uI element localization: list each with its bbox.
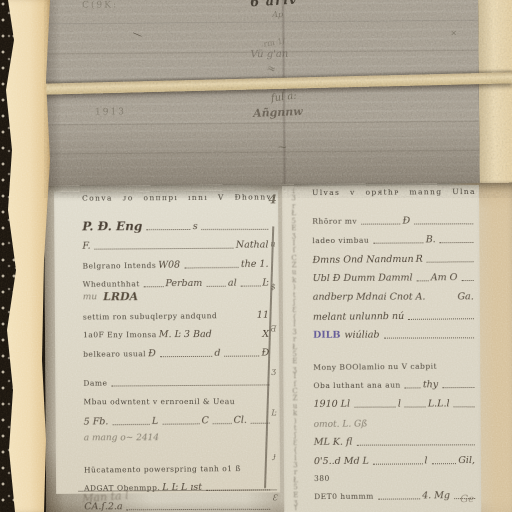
dotted-rule xyxy=(202,229,269,230)
dotted-rule xyxy=(417,280,429,281)
field-text: andberp Mdnai Cnot A. xyxy=(313,291,426,302)
form-line: 1910 LllL.L.l xyxy=(313,392,476,411)
gutter-bleedthrough: l3rŁ5EʒIſCZuk)tʃƐ{l3rŁ5EʒIſCZuk)tʃƐ{l3rŁ… xyxy=(286,188,303,510)
field-text: 4. Mg xyxy=(422,490,450,501)
gutter-mark: $ xyxy=(271,282,276,291)
pencil-squiggle-2: ~ xyxy=(277,140,287,154)
field-text: DILB xyxy=(313,330,340,341)
date-faint: 1913 xyxy=(95,107,126,117)
field-text: Gil, xyxy=(458,455,475,466)
field-text: Dame xyxy=(83,379,107,388)
form-line: ladeo vimbauB. xyxy=(312,228,475,248)
field-text: s xyxy=(193,221,198,232)
dotted-rule xyxy=(241,285,261,286)
form-line: melant unlunnb nú xyxy=(313,304,476,325)
dotted-rule xyxy=(111,384,269,386)
form-line: DET0 hummm4. Mg xyxy=(314,484,477,504)
verso-top-section: C(9K: 6 arĭv Ap rm 1/ Vü g'an ≈ 1913 ful… xyxy=(44,0,512,196)
right-page-lines: Rhöror mvÐladeo vimbauB.Ðmns Ond Nandmun… xyxy=(312,209,477,504)
dotted-rule xyxy=(378,498,420,499)
gutter-mark: ɟ xyxy=(273,451,276,460)
field-text: melant unlunnb nú xyxy=(313,311,404,323)
dotted-rule xyxy=(112,424,149,425)
field-text: 0'5..d Md L xyxy=(314,456,369,467)
field-text: Mbau odwntent v ernroenil & Ueau xyxy=(83,397,235,406)
left-page-lines: P. Ð. EngsF.NathalBelgrano IntendsW08the… xyxy=(82,214,272,512)
gutter-marks: 4ıı$ƋʒĿɟƐ xyxy=(265,192,282,502)
dotted-rule xyxy=(356,444,474,445)
dotted-rule xyxy=(127,509,271,510)
form-line: Hücatamento powerspring tanh o1 ß xyxy=(84,457,272,478)
dotted-rule xyxy=(224,355,259,356)
form-line: Dame xyxy=(83,370,271,390)
form-line: 5 Fb.LCCl. xyxy=(84,409,272,430)
field-text: R xyxy=(416,254,423,265)
form-line: muLRDA xyxy=(83,291,271,304)
form-line: WhedunthhatPerbamalĿ xyxy=(83,271,271,291)
field-text: Oba luthant ana aun xyxy=(313,381,400,391)
gutter-mark: ʒ xyxy=(272,367,277,376)
field-text: settim ron subuqlerpy andqund xyxy=(83,311,217,321)
field-text: L.L.l xyxy=(428,398,450,409)
field-text: d xyxy=(214,348,220,359)
form-line xyxy=(83,361,271,373)
form-line: belkearo usualÐdÐ xyxy=(83,341,271,361)
left-page-content: Conva ᴊo onᴨᴨpı ınnı V Ðhonnw P. Ð. Engs… xyxy=(82,192,272,512)
field-text: l xyxy=(424,455,427,466)
dotted-rule xyxy=(454,406,475,407)
photograph-of-old-document: C(9K: 6 arĭv Ap rm 1/ Vü g'an ≈ 1913 ful… xyxy=(0,0,512,512)
gray-band xyxy=(44,0,480,188)
script-title-sub: Ap xyxy=(272,10,283,19)
dotted-rule xyxy=(405,406,426,407)
field-text: Belgrano Intends xyxy=(83,261,157,271)
form-line: P. Ð. Engs xyxy=(82,215,270,234)
field-text: 1a0F Eny Imonsa xyxy=(83,330,157,339)
left-page-header: Conva ᴊo onᴨᴨpı ınnı V Ðhonnw xyxy=(82,192,270,215)
pencil-note-2: Vü g'an xyxy=(250,49,288,60)
form-line xyxy=(84,444,272,457)
form-line: settim ron subuqlerpy andqund11 xyxy=(83,304,271,325)
bleed-glyph: I xyxy=(288,507,303,511)
form-line: F.Nathal xyxy=(82,233,270,253)
right-page-content: Ulvas v opᴙthᴘ manng Ulnanil Rhöror mvÐl… xyxy=(312,187,477,504)
form-line: andberp Mdnai Cnot A.Ga. xyxy=(313,285,476,304)
field-text: belkearo usual xyxy=(83,349,146,358)
field-text: M. Ŀ 3 Bad xyxy=(159,329,212,340)
field-text: 1910 Ll xyxy=(314,399,351,410)
field-text: Ga. xyxy=(457,291,473,302)
open-booklet: Conva ᴊo onᴨᴨpı ınnı V Ðhonnw P. Ð. Engs… xyxy=(44,183,512,512)
form-line: Ðmns Ond NandmunR xyxy=(312,247,475,268)
dotted-rule xyxy=(461,280,473,281)
gutter-mark: Ƌ xyxy=(271,324,277,333)
field-text: C xyxy=(202,415,209,426)
field-text: thy xyxy=(423,379,438,390)
form-line: omot. L. Gß xyxy=(314,411,477,432)
form-line xyxy=(313,342,476,355)
field-text: Mony BOOlamlio nu V cabpit xyxy=(313,362,437,372)
dotted-rule xyxy=(384,337,474,338)
dotted-rule xyxy=(206,286,226,287)
field-text: Am O xyxy=(431,272,458,283)
right-page: Ulvas v opᴙthᴘ manng Ulnanil Rhöror mvÐl… xyxy=(282,185,481,512)
field-text: omot. L. Gß xyxy=(314,419,368,430)
field-text: Nathal xyxy=(236,239,269,250)
field-text: al xyxy=(228,278,237,289)
form-line: Ubl Ð Dumm DammlAm O xyxy=(313,266,476,286)
field-text: ML K. fl xyxy=(314,437,353,448)
dotted-rule xyxy=(408,318,474,320)
dotted-rule xyxy=(414,223,473,224)
field-text: Cl. xyxy=(234,415,247,426)
dotted-rule xyxy=(213,423,232,424)
dotted-rule xyxy=(442,387,474,388)
dotted-rule xyxy=(440,242,474,243)
left-page: Conva ᴊo onᴨᴨpı ınnı V Ðhonnw P. Ð. Engs… xyxy=(54,190,280,494)
form-line: Belgrano IntendsW08the 1. xyxy=(82,253,270,274)
dotted-rule xyxy=(160,356,213,357)
field-text: wiúliab xyxy=(344,330,379,341)
dotted-rule xyxy=(146,229,190,230)
field-text: B. xyxy=(426,234,436,245)
form-line: Oba luthant ana aunthy xyxy=(313,373,476,393)
footer-script-right: Ge xyxy=(460,494,474,505)
gutter-mark: Ŀ xyxy=(271,409,276,418)
script-note-2: Añgnnw xyxy=(253,105,303,120)
field-text: 380 xyxy=(314,474,330,483)
stamp-corner: C(9K: xyxy=(82,0,118,10)
dotted-rule xyxy=(431,463,456,464)
form-line: 0'5..d Md LlGil, xyxy=(314,449,477,469)
field-text: 5 Fb. xyxy=(84,416,109,427)
dotted-rule xyxy=(184,267,239,269)
field-text: Rhöror mv xyxy=(312,217,357,226)
field-text: L Ŀ L ıst xyxy=(162,482,202,493)
field-text: Perbam xyxy=(165,278,202,289)
gutter-mark: Ɛ xyxy=(272,493,277,502)
dotted-rule xyxy=(95,248,234,250)
form-line: DILBwiúliab xyxy=(313,323,476,342)
field-text: F. xyxy=(82,241,90,252)
gutter-mark: 4 xyxy=(268,192,276,206)
form-line: 1a0F Eny ImonsaM. Ŀ 3 BadX xyxy=(83,323,271,342)
form-line: ML K. fl xyxy=(314,430,477,449)
field-text: Ð xyxy=(148,348,156,359)
gutter-mark: ıı xyxy=(270,240,275,249)
field-text: L xyxy=(152,416,158,427)
form-line: a mang o~ 2414 xyxy=(84,428,272,445)
field-text: Whedunthhat xyxy=(83,279,140,288)
dotted-rule xyxy=(144,286,164,287)
field-text: DET0 hummm xyxy=(314,492,374,501)
field-text: mu xyxy=(83,292,97,302)
dotted-rule xyxy=(361,224,400,225)
dotted-rule xyxy=(162,423,199,424)
dotted-rule xyxy=(427,261,474,262)
dotted-rule xyxy=(373,463,423,464)
field-text: P. Ð. Eng xyxy=(82,219,142,233)
right-page-header: Ulvas v opᴙthᴘ manng Ulnanil xyxy=(312,187,475,210)
field-text: Ðmns Ond Nandmun xyxy=(312,254,413,266)
field-text: Hücatamento powerspring tanh o1 ß xyxy=(84,464,241,475)
field-text: l xyxy=(398,399,401,410)
form-line: 380 xyxy=(314,468,477,486)
form-line: Mony BOOlamlio nu V cabpit xyxy=(313,354,476,375)
document-photo: C(9K: 6 arĭv Ap rm 1/ Vü g'an ≈ 1913 ful… xyxy=(44,0,512,512)
field-text: Ð xyxy=(403,216,411,227)
right-cream-margin xyxy=(478,0,512,192)
form-line: Rhöror mvÐ xyxy=(312,209,475,228)
field-text: W08 xyxy=(158,260,180,271)
field-text: a mang o~ 2414 xyxy=(84,433,159,443)
field-text: ladeo vimbau xyxy=(312,236,369,245)
dotted-rule xyxy=(405,387,421,388)
x-mark: × xyxy=(450,28,457,37)
dotted-rule xyxy=(354,407,396,408)
form-line: Mbau odwntent v ernroenil & Ueau xyxy=(83,390,271,409)
field-text: LRDA xyxy=(103,290,138,303)
field-text: Ubl Ð Dumm Damml xyxy=(313,272,413,284)
field-text: the 1. xyxy=(241,259,269,270)
dotted-rule xyxy=(373,242,423,243)
